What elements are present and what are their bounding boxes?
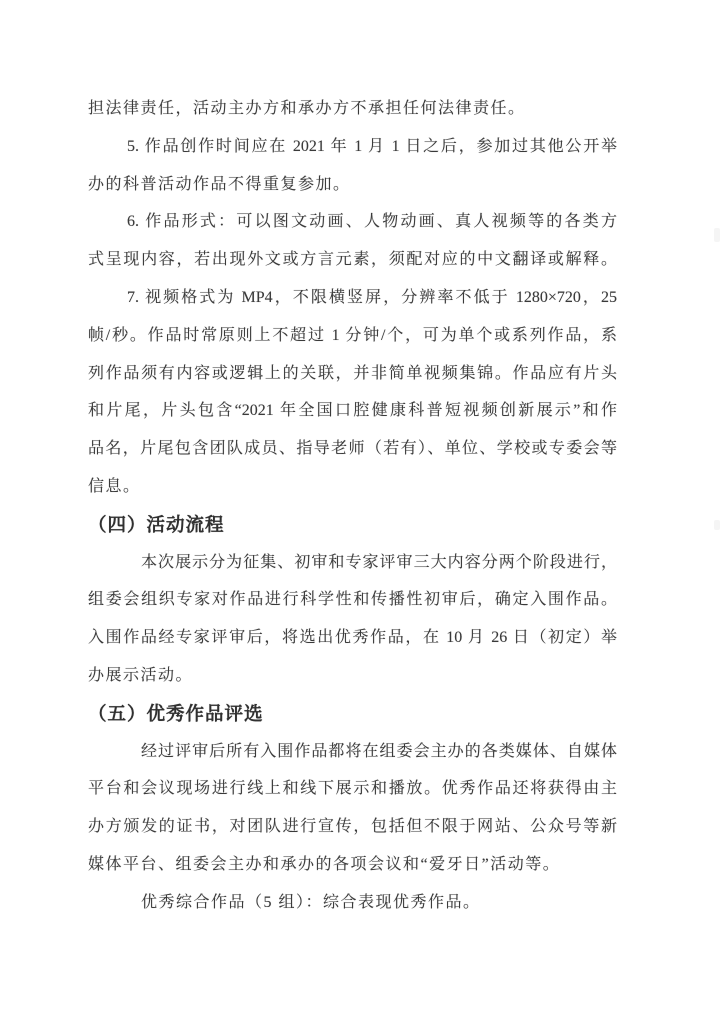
text-line: 担法律责任，活动主办方和承办方不承担任何法律责任。 — [88, 90, 617, 128]
section-heading: （四）活动流程 — [88, 506, 617, 544]
text-line: 信息。 — [88, 468, 617, 506]
document-content: 担法律责任，活动主办方和承办方不承担任何法律责任。5. 作品创作时间应在 202… — [88, 90, 617, 922]
text-line: 5. 作品创作时间应在 2021 年 1 月 1 日之后，参加过其他公开举 — [88, 128, 617, 166]
text-line: 列作品须有内容或逻辑上的关联，并非简单视频集锦。作品应有片头 — [88, 355, 617, 393]
text-line: 优秀综合作品（5 组）：综合表现优秀作品。 — [88, 884, 617, 922]
text-line: 7. 视频格式为 MP4，不限横竖屏，分辨率不低于 1280×720，25 — [88, 279, 617, 317]
text-line: 帧/秒。作品时常原则上不超过 1 分钟/个，可为单个或系列作品，系 — [88, 317, 617, 355]
text-line: 办方颁发的证书，对团队进行宣传，包括但不限于网站、公众号等新 — [88, 808, 617, 846]
text-line: 本次展示分为征集、初审和专家评审三大内容分两个阶段进行， — [88, 544, 617, 582]
text-line: 媒体平台、组委会主办和承办的各项会议和“爱牙日”活动等。 — [88, 846, 617, 884]
section-heading: （五）优秀作品评选 — [88, 695, 617, 733]
text-line: 和片尾，片头包含“2021 年全国口腔健康科普短视频创新展示”和作 — [88, 392, 617, 430]
scan-artifact — [714, 520, 720, 530]
text-line: 6. 作品形式：可以图文动画、人物动画、真人视频等的各类方 — [88, 203, 617, 241]
text-line: 平台和会议现场进行线上和线下展示和播放。优秀作品还将获得由主 — [88, 770, 617, 808]
text-line: 办的科普活动作品不得重复参加。 — [88, 166, 617, 204]
document-page: 担法律责任，活动主办方和承办方不承担任何法律责任。5. 作品创作时间应在 202… — [0, 0, 724, 1024]
text-line: 经过评审后所有入围作品都将在组委会主办的各类媒体、自媒体 — [88, 733, 617, 771]
text-line: 式呈现内容，若出现外文或方言元素，须配对应的中文翻译或解释。 — [88, 241, 617, 279]
text-line: 组委会组织专家对作品进行科学性和传播性初审后，确定入围作品。 — [88, 581, 617, 619]
text-line: 办展示活动。 — [88, 657, 617, 695]
scan-artifact — [714, 228, 720, 242]
text-line: 入围作品经专家评审后，将选出优秀作品，在 10 月 26 日（初定）举 — [88, 619, 617, 657]
text-line: 品名，片尾包含团队成员、指导老师（若有）、单位、学校或专委会等 — [88, 430, 617, 468]
